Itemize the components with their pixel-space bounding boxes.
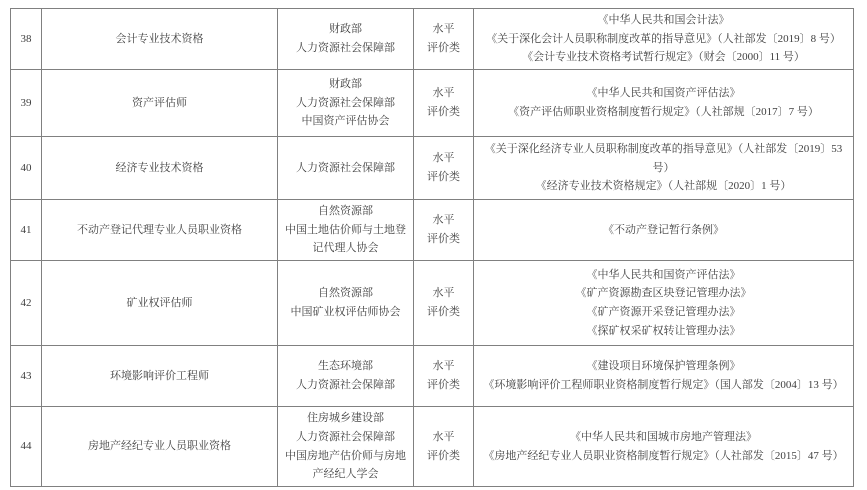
- category-cell: 水平 评价类: [414, 9, 474, 70]
- category-cell: 水平 评价类: [414, 70, 474, 137]
- row-number-cell: 44: [11, 407, 42, 487]
- table-row: 39 资产评估师 财政部 人力资源社会保障部 中国资产评估协会 水平 评价类 《…: [11, 70, 854, 137]
- qualification-table: 38 会计专业技术资格 财政部 人力资源社会保障部 水平 评价类 《中华人民共和…: [10, 8, 854, 487]
- qualification-name-cell: 矿业权评估师: [42, 261, 278, 346]
- category-cell: 水平 评价类: [414, 200, 474, 261]
- regulations-cell: 《不动产登记暂行条例》: [474, 200, 854, 261]
- issuing-departments-cell: 自然资源部 中国土地估价师与土地登记代理人协会: [278, 200, 414, 261]
- issuing-departments-cell: 住房城乡建设部 人力资源社会保障部 中国房地产估价师与房地产经纪人学会: [278, 407, 414, 487]
- row-number-cell: 40: [11, 137, 42, 200]
- qualification-name-cell: 会计专业技术资格: [42, 9, 278, 70]
- table-row: 42 矿业权评估师 自然资源部 中国矿业权评估师协会 水平 评价类 《中华人民共…: [11, 261, 854, 346]
- category-cell: 水平 评价类: [414, 137, 474, 200]
- table-row: 43 环境影响评价工程师 生态环境部 人力资源社会保障部 水平 评价类 《建设项…: [11, 346, 854, 407]
- issuing-departments-cell: 财政部 人力资源社会保障部 中国资产评估协会: [278, 70, 414, 137]
- category-cell: 水平 评价类: [414, 407, 474, 487]
- category-cell: 水平 评价类: [414, 261, 474, 346]
- qualification-name-cell: 资产评估师: [42, 70, 278, 137]
- qualification-name-cell: 不动产登记代理专业人员职业资格: [42, 200, 278, 261]
- document-page: 38 会计专业技术资格 财政部 人力资源社会保障部 水平 评价类 《中华人民共和…: [0, 0, 867, 490]
- row-number-cell: 42: [11, 261, 42, 346]
- row-number-cell: 39: [11, 70, 42, 137]
- regulations-cell: 《中华人民共和国会计法》 《关于深化会计人员职称制度改革的指导意见》（人社部发〔…: [474, 9, 854, 70]
- regulations-cell: 《中华人民共和国资产评估法》 《资产评估师职业资格制度暂行规定》（人社部规〔20…: [474, 70, 854, 137]
- issuing-departments-cell: 自然资源部 中国矿业权评估师协会: [278, 261, 414, 346]
- regulations-cell: 《中华人民共和国资产评估法》 《矿产资源勘查区块登记管理办法》 《矿产资源开采登…: [474, 261, 854, 346]
- table-row: 38 会计专业技术资格 财政部 人力资源社会保障部 水平 评价类 《中华人民共和…: [11, 9, 854, 70]
- row-number-cell: 43: [11, 346, 42, 407]
- table-row: 44 房地产经纪专业人员职业资格 住房城乡建设部 人力资源社会保障部 中国房地产…: [11, 407, 854, 487]
- regulations-cell: 《关于深化经济专业人员职称制度改革的指导意见》（人社部发〔2019〕53 号） …: [474, 137, 854, 200]
- category-cell: 水平 评价类: [414, 346, 474, 407]
- table-row: 40 经济专业技术资格 人力资源社会保障部 水平 评价类 《关于深化经济专业人员…: [11, 137, 854, 200]
- issuing-departments-cell: 生态环境部 人力资源社会保障部: [278, 346, 414, 407]
- issuing-departments-cell: 人力资源社会保障部: [278, 137, 414, 200]
- row-number-cell: 41: [11, 200, 42, 261]
- regulations-cell: 《中华人民共和国城市房地产管理法》 《房地产经纪专业人员职业资格制度暂行规定》（…: [474, 407, 854, 487]
- qualification-name-cell: 环境影响评价工程师: [42, 346, 278, 407]
- table-row: 41 不动产登记代理专业人员职业资格 自然资源部 中国土地估价师与土地登记代理人…: [11, 200, 854, 261]
- issuing-departments-cell: 财政部 人力资源社会保障部: [278, 9, 414, 70]
- qualification-name-cell: 经济专业技术资格: [42, 137, 278, 200]
- qualification-name-cell: 房地产经纪专业人员职业资格: [42, 407, 278, 487]
- regulations-cell: 《建设项目环境保护管理条例》 《环境影响评价工程师职业资格制度暂行规定》（国人部…: [474, 346, 854, 407]
- row-number-cell: 38: [11, 9, 42, 70]
